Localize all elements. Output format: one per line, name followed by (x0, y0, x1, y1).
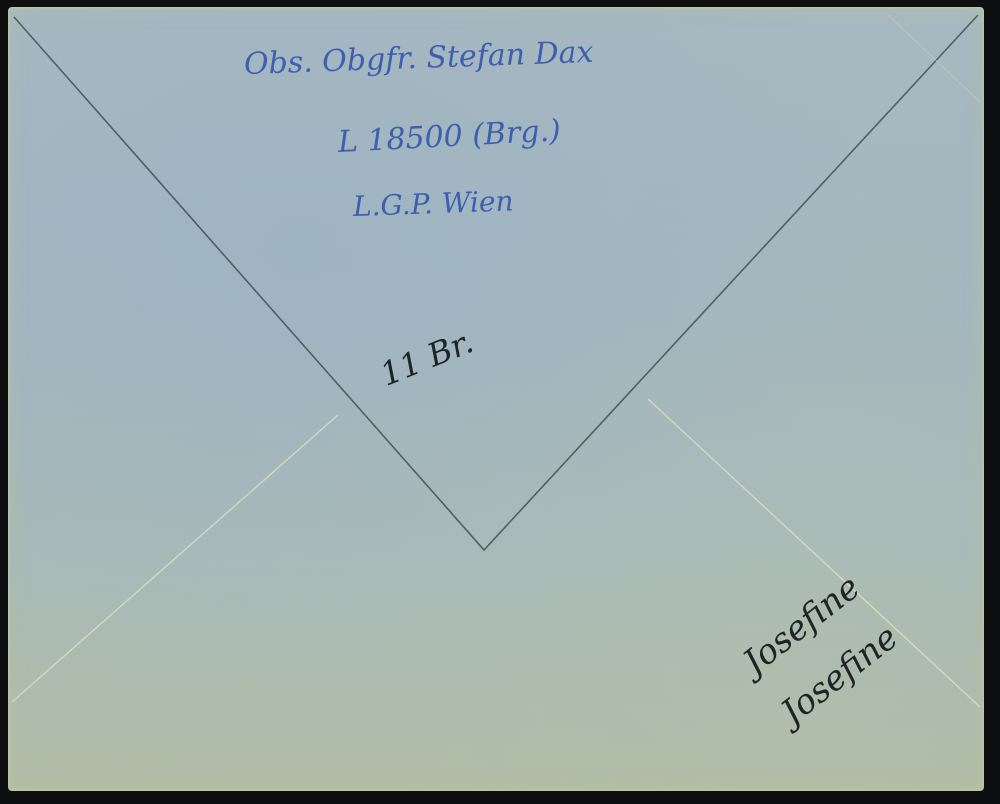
sender-line-3: L.G.P. Wien (352, 184, 514, 223)
envelope-back: Obs. Obgfr. Stefan Dax L 18500 (Brg.) L.… (8, 7, 984, 791)
